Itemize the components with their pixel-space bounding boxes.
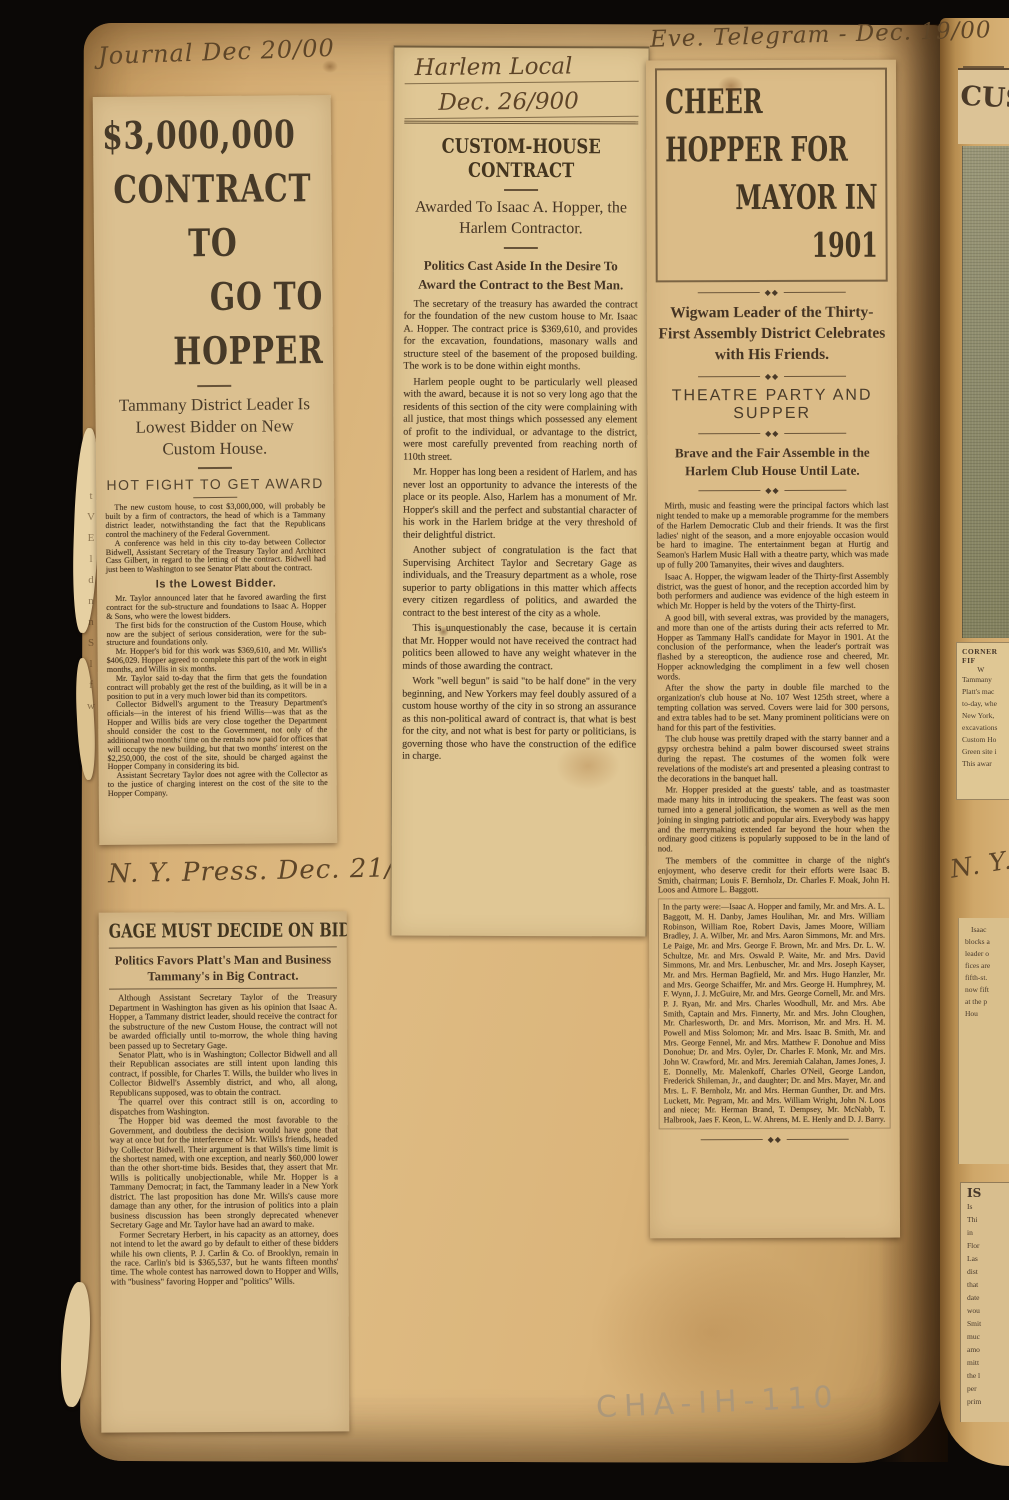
headline-line: GO TO HOPPER [103, 269, 324, 379]
stray-letter: w [84, 696, 98, 717]
paragraph: Harlem people ought to be particularly w… [403, 376, 637, 464]
stray-letter: l [84, 654, 98, 675]
fragment-line: Isaac [965, 924, 1009, 936]
paragraph: Mr. Taylor said to-day that the firm tha… [107, 673, 327, 701]
fragment-line: Las [967, 1252, 1009, 1265]
caption-fragment: CORNER FIF [962, 647, 1009, 665]
paragraph: Mr. Hopper has long been a resident of H… [403, 467, 637, 543]
handwritten-date: Dec. 26/900 [404, 82, 638, 119]
paragraph: Assistant Secretary Taylor does not agre… [108, 770, 328, 798]
paragraph: The Hopper bid was deemed the most favor… [110, 1116, 339, 1231]
deck: Brave and the Fair Assemble in the Harle… [656, 443, 888, 480]
fragment-line: Is [967, 1200, 1009, 1213]
text-fragment-lines: IsThiinFlorLasdistthatdatewouSmitmucamom… [967, 1200, 1009, 1408]
subhead: Politics Favors Platt's Man and Business… [109, 951, 337, 985]
fragment-line: fices are [965, 960, 1009, 972]
article-body: The secretary of the treasury has awarde… [402, 298, 638, 764]
paragraph: The members of the committee in charge o… [658, 856, 890, 896]
divider-rule [504, 247, 538, 249]
divider-rule [193, 497, 237, 498]
ornament-divider [700, 1134, 848, 1144]
clipping-gage-must-decide: GAGE MUST DECIDE ON BIDS. Politics Favor… [99, 911, 350, 1432]
article-body: Although Assistant Secretary Taylor of t… [109, 993, 339, 1287]
deck: Awarded To Isaac A. Hopper, the Harlem C… [404, 198, 638, 240]
headline-line: CONTRACT TO [102, 161, 323, 271]
paragraph: The new custom house, to cost $3,000,000… [105, 502, 325, 539]
paragraph: Mr. Taylor announced later that he favor… [106, 593, 326, 621]
stray-letter: d [84, 570, 98, 591]
next-page-caption-fragment: CORNER FIF W TammanyPlatt's macto-day, w… [956, 642, 1009, 800]
fragment-line: Platt's mac [962, 686, 1009, 698]
fragment-line: muc [967, 1330, 1009, 1343]
divider-rule [109, 988, 337, 990]
fragment-line: mitt [967, 1356, 1009, 1369]
text-fragment-lines: TammanyPlatt's macto-day, wheNew York,ex… [962, 674, 1009, 770]
fragment-line: leader o [965, 948, 1009, 960]
ornament-divider [698, 486, 846, 496]
divider-rule [198, 467, 232, 469]
stray-letter: S [84, 633, 98, 654]
fragment-line: to-day, whe [962, 698, 1009, 710]
fragment-line: excavations [962, 722, 1009, 734]
clipping-cheer-hopper: CHEER HOPPER FOR MAYOR IN 1901 Wigwam Le… [646, 60, 900, 1239]
article-body: Mirth, music and feasting were the princ… [656, 501, 889, 896]
caption-fragment: W [962, 665, 1000, 674]
fragment-line: Flor [967, 1239, 1009, 1252]
paragraph: The club house was prettily draped with … [657, 734, 889, 784]
fragment-line: dist [967, 1265, 1009, 1278]
fragment-line: Custom Ho [962, 734, 1009, 746]
next-page-halftone-photo [962, 146, 1009, 638]
headline: GAGE MUST DECIDE ON BIDS. [109, 919, 337, 943]
party-guest-list: In the party were:—Isaac A. Hopper and f… [658, 898, 891, 1129]
headline: CUSTOM-HOUSE CONTRACT [404, 134, 638, 183]
handwritten-source-harlem-local: Harlem Local [404, 47, 638, 84]
fragment-line: Green site i [962, 746, 1009, 758]
fragment-line: fifth-st. [965, 972, 1009, 984]
paragraph: The secretary of the treasury has awarde… [403, 298, 637, 374]
headline-box: CHEER HOPPER FOR MAYOR IN 1901 [655, 68, 888, 283]
next-page-text-fragment: IS IsThiinFlorLasdistthatdatewouSmitmuca… [960, 1182, 1009, 1422]
fragment-line: Thi [967, 1213, 1009, 1226]
clipping-contract-to-hopper: $3,000,000 CONTRACT TO GO TO HOPPER Tamm… [93, 95, 338, 845]
ornament-divider [698, 288, 846, 298]
paragraph: A good bill, with several extras, was pr… [657, 613, 889, 682]
fragment-line: per [967, 1382, 1009, 1395]
paragraph: A conference was held in this city to-da… [106, 538, 326, 575]
paragraph: Isaac A. Hopper, the wigwam leader of th… [657, 571, 889, 611]
paragraph: Although Assistant Secretary Taylor of t… [109, 993, 337, 1051]
clipping-custom-house-contract: Harlem Local Dec. 26/900 CUSTOM-HOUSE CO… [390, 46, 649, 937]
article-body: Mr. Taylor announced later that he favor… [106, 593, 328, 799]
fragment-line: Smit [967, 1317, 1009, 1330]
paragraph: Work "well begun" is said "to be half do… [402, 676, 636, 764]
subhead: Tammany District Leader Is Lowest Bidder… [104, 393, 325, 461]
fragment-line: now fift [965, 984, 1009, 996]
double-rule [404, 121, 638, 125]
ornament-divider [698, 372, 846, 382]
crosshead: THEATRE PARTY AND SUPPER [656, 386, 888, 423]
paragraph: Collector Bidwell's argument to the Trea… [107, 700, 328, 773]
stray-letter: f [84, 675, 98, 696]
article-body: The new custom house, to cost $3,000,000… [105, 502, 326, 575]
fragment-line: that [967, 1278, 1009, 1291]
headline-line: CHEER HOPPER FOR [665, 78, 878, 175]
stray-letter: n [84, 591, 98, 612]
fragment-line: wou [967, 1304, 1009, 1317]
divider-rule [197, 385, 231, 387]
deck: Politics Cast Aside In the Desire To Awa… [404, 255, 638, 295]
paragraph: The first bids for the construction of t… [106, 620, 326, 648]
kicker: HOT FIGHT TO GET AWARD [105, 475, 325, 493]
paragraph: Mirth, music and feasting were the princ… [656, 501, 888, 570]
fragment-line: amo [967, 1343, 1009, 1356]
scrapbook-photograph: tVEldnnSlfw Journal Dec 20/00 N. Y. Pres… [0, 0, 1009, 1500]
headline-fragment-text: CUS [960, 81, 1009, 115]
fragment-line: Tammany [962, 674, 1009, 686]
paragraph: Another subject of congratulation is the… [403, 545, 637, 621]
headline-line: MAYOR IN 1901 [665, 174, 878, 271]
paragraph: Mr. Hopper's bid for this work was $369,… [107, 646, 327, 674]
fragment-line: in [967, 1226, 1009, 1239]
fragment-line: This awar [962, 758, 1009, 770]
paragraph: After the show the party in double file … [657, 683, 889, 733]
fragment-line: New York, [962, 710, 1009, 722]
divider-rule [504, 189, 538, 191]
fragment-heading: IS [967, 1186, 1009, 1200]
fragment-line: blocks a [965, 936, 1009, 948]
fragment-line: at the p [965, 996, 1009, 1008]
fragment-line: Hou [965, 1008, 1009, 1020]
stray-letter: n [84, 612, 98, 633]
next-page-text-fragment: Isaacblocks aleader ofices arefifth-st.n… [958, 918, 1009, 1164]
paragraph: This is unquestionably the case, because… [402, 623, 636, 674]
fragment-line: the l [967, 1369, 1009, 1382]
deck: Wigwam Leader of the Thirty-First Assemb… [656, 303, 888, 367]
paragraph: Mr. Hopper presided at the guests' table… [657, 785, 889, 854]
crosshead: Is the Lowest Bidder. [106, 577, 326, 591]
divider-rule [109, 946, 337, 948]
fragment-line: date [967, 1291, 1009, 1304]
paragraph: Senator Platt, who is in Washington; Col… [109, 1049, 337, 1097]
ornament-divider [698, 429, 846, 439]
paragraph: Former Secretary Herbert, in his capacit… [110, 1229, 338, 1287]
headline-line: $3,000,000 [102, 107, 322, 163]
fragment-line: prim [967, 1395, 1009, 1408]
next-page-headline-fragment: CUS [958, 68, 1009, 144]
